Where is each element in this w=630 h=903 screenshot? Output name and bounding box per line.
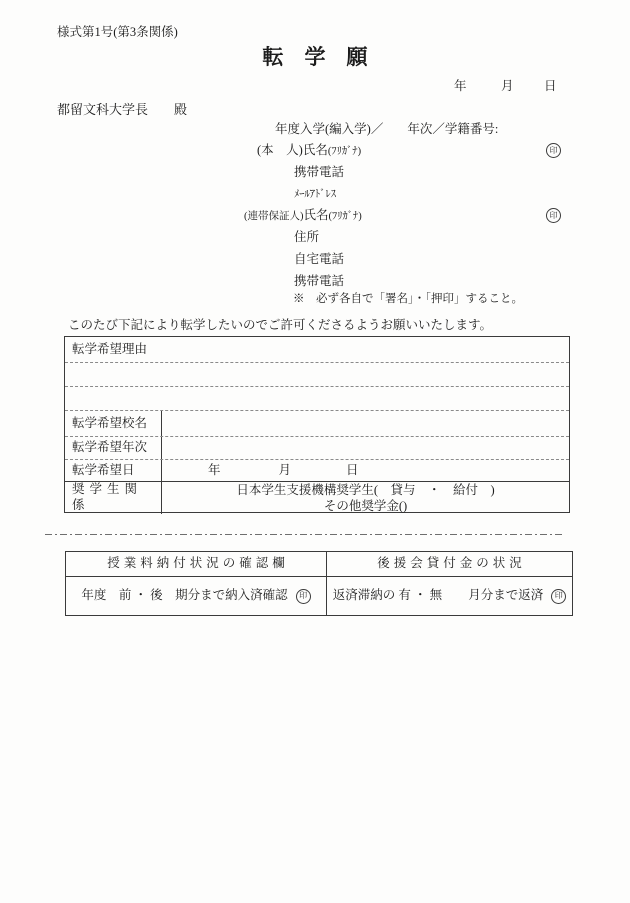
reason-blank-line-2 [65,387,569,411]
tuition-status-cell: 年度 前 ・ 後 期分まで納入済確認 印 [66,577,327,615]
transfer-details-table: 転学希望理由 転学希望校名 転学希望年次 転学希望日 年 月 日 奨学生関係 日… [64,336,570,513]
grade-number-label: 年次／学籍番号: [407,122,498,136]
guarantor-prefix-label: (連帯保証人) [244,211,304,222]
guarantor-address-label: 住所 [294,230,319,246]
table-row: 転学希望日 年 月 日 [65,460,569,482]
transfer-date-label: 転学希望日 [65,460,162,481]
scholarship-line1: 日本学生支援機構奨学生( 貸与 ・ 給付 ) [236,482,494,498]
dash-dot-divider [45,534,565,535]
entry-year-line: 年度入学(編入学)／年次／学籍番号: [275,122,498,138]
table-row: 奨学生関係 日本学生支援機構奨学生( 貸与 ・ 給付 ) その他奨学金( ) [65,482,569,514]
school-label: 転学希望校名 [65,411,162,436]
entry-year-label: 年度入学(編入学)／ [275,122,383,136]
guarantor-kana-label: (ﾌﾘｶﾞﾅ) [329,211,362,222]
transfer-application-form: 様式第1号(第3条関係) 転 学 願 年 月 日 都留文科大学長殿 年度入学(編… [0,0,630,903]
signature-note: ※ 必ず各自で「署名」・「押印」すること。 [293,292,523,306]
guarantor-name-label: 氏名 [304,208,329,222]
table-row: 転学希望理由 [65,337,569,363]
guarantor-name-line: (連帯保証人)氏名(ﾌﾘｶﾞﾅ) [244,208,362,224]
loan-status-cell: 返済滞納の 有 ・ 無 月分まで返済 印 [327,577,572,615]
scholarship-label: 奨学生関係 [65,482,162,514]
honorific: 殿 [174,102,187,117]
date-day-label: 日 [544,79,557,95]
seal-icon: 印 [546,143,561,158]
transfer-date-month: 月 [279,463,292,479]
tuition-status-header: 授業料納付状況の確認欄 [66,552,327,576]
table-row: 転学希望年次 [65,437,569,460]
transfer-date-day: 日 [346,463,359,479]
office-confirmation-table: 授業料納付状況の確認欄 後援会貸付金の状況 年度 前 ・ 後 期分まで納入済確認… [65,551,573,616]
transfer-date-year: 年 [208,463,221,479]
seal-icon: 印 [296,589,311,604]
seal-icon: 印 [546,208,561,223]
seal-icon: 印 [551,589,566,604]
transfer-date-value: 年 月 日 [162,460,569,481]
applicant-kana-label: (ﾌﾘｶﾞﾅ) [328,146,361,157]
applicant-name-label: (本 人)氏名 [257,143,328,157]
form-number: 様式第1号(第3条関係) [57,25,178,41]
reason-blank-line-1 [65,363,569,387]
guarantor-mobile-label: 携帯電話 [294,274,344,290]
scholarship-other-label: その他奨学金( [324,498,403,514]
loan-arrears-text: 返済滞納の 有 ・ 無 [333,588,442,604]
addressee: 都留文科大学長 [57,102,148,117]
email-label: ﾒｰﾙｱﾄﾞﾚｽ [294,188,336,201]
applicant-mobile-label: 携帯電話 [294,165,344,181]
reason-label: 転学希望理由 [65,337,569,362]
applicant-name-line: (本 人)氏名(ﾌﾘｶﾞﾅ) [257,143,361,159]
school-value [162,411,569,436]
scholarship-close-paren: ) [403,498,407,514]
guarantor-home-phone-label: 自宅電話 [294,252,344,268]
table-row: 年度 前 ・ 後 期分まで納入済確認 印 返済滞納の 有 ・ 無 月分まで返済 … [66,577,572,615]
addressee-line: 都留文科大学長殿 [57,102,187,118]
grade-value [162,437,569,459]
support-loan-header: 後援会貸付金の状況 [327,552,572,576]
date-month-label: 月 [501,79,514,95]
request-sentence: このたび下記により転学したいのでご許可くださるようお願いいたします。 [68,318,492,334]
scholarship-value: 日本学生支援機構奨学生( 貸与 ・ 給付 ) その他奨学金( ) [162,482,569,514]
table-row: 授業料納付状況の確認欄 後援会貸付金の状況 [66,552,572,577]
scholarship-line2: その他奨学金( ) [324,498,407,514]
page-title: 転 学 願 [0,44,630,70]
grade-label: 転学希望年次 [65,437,162,459]
table-row: 転学希望校名 [65,411,569,437]
tuition-status-text: 年度 前 ・ 後 期分まで納入済確認 [81,588,287,604]
loan-repaid-text: 月分まで返済 [468,588,543,604]
date-year-label: 年 [454,79,467,95]
